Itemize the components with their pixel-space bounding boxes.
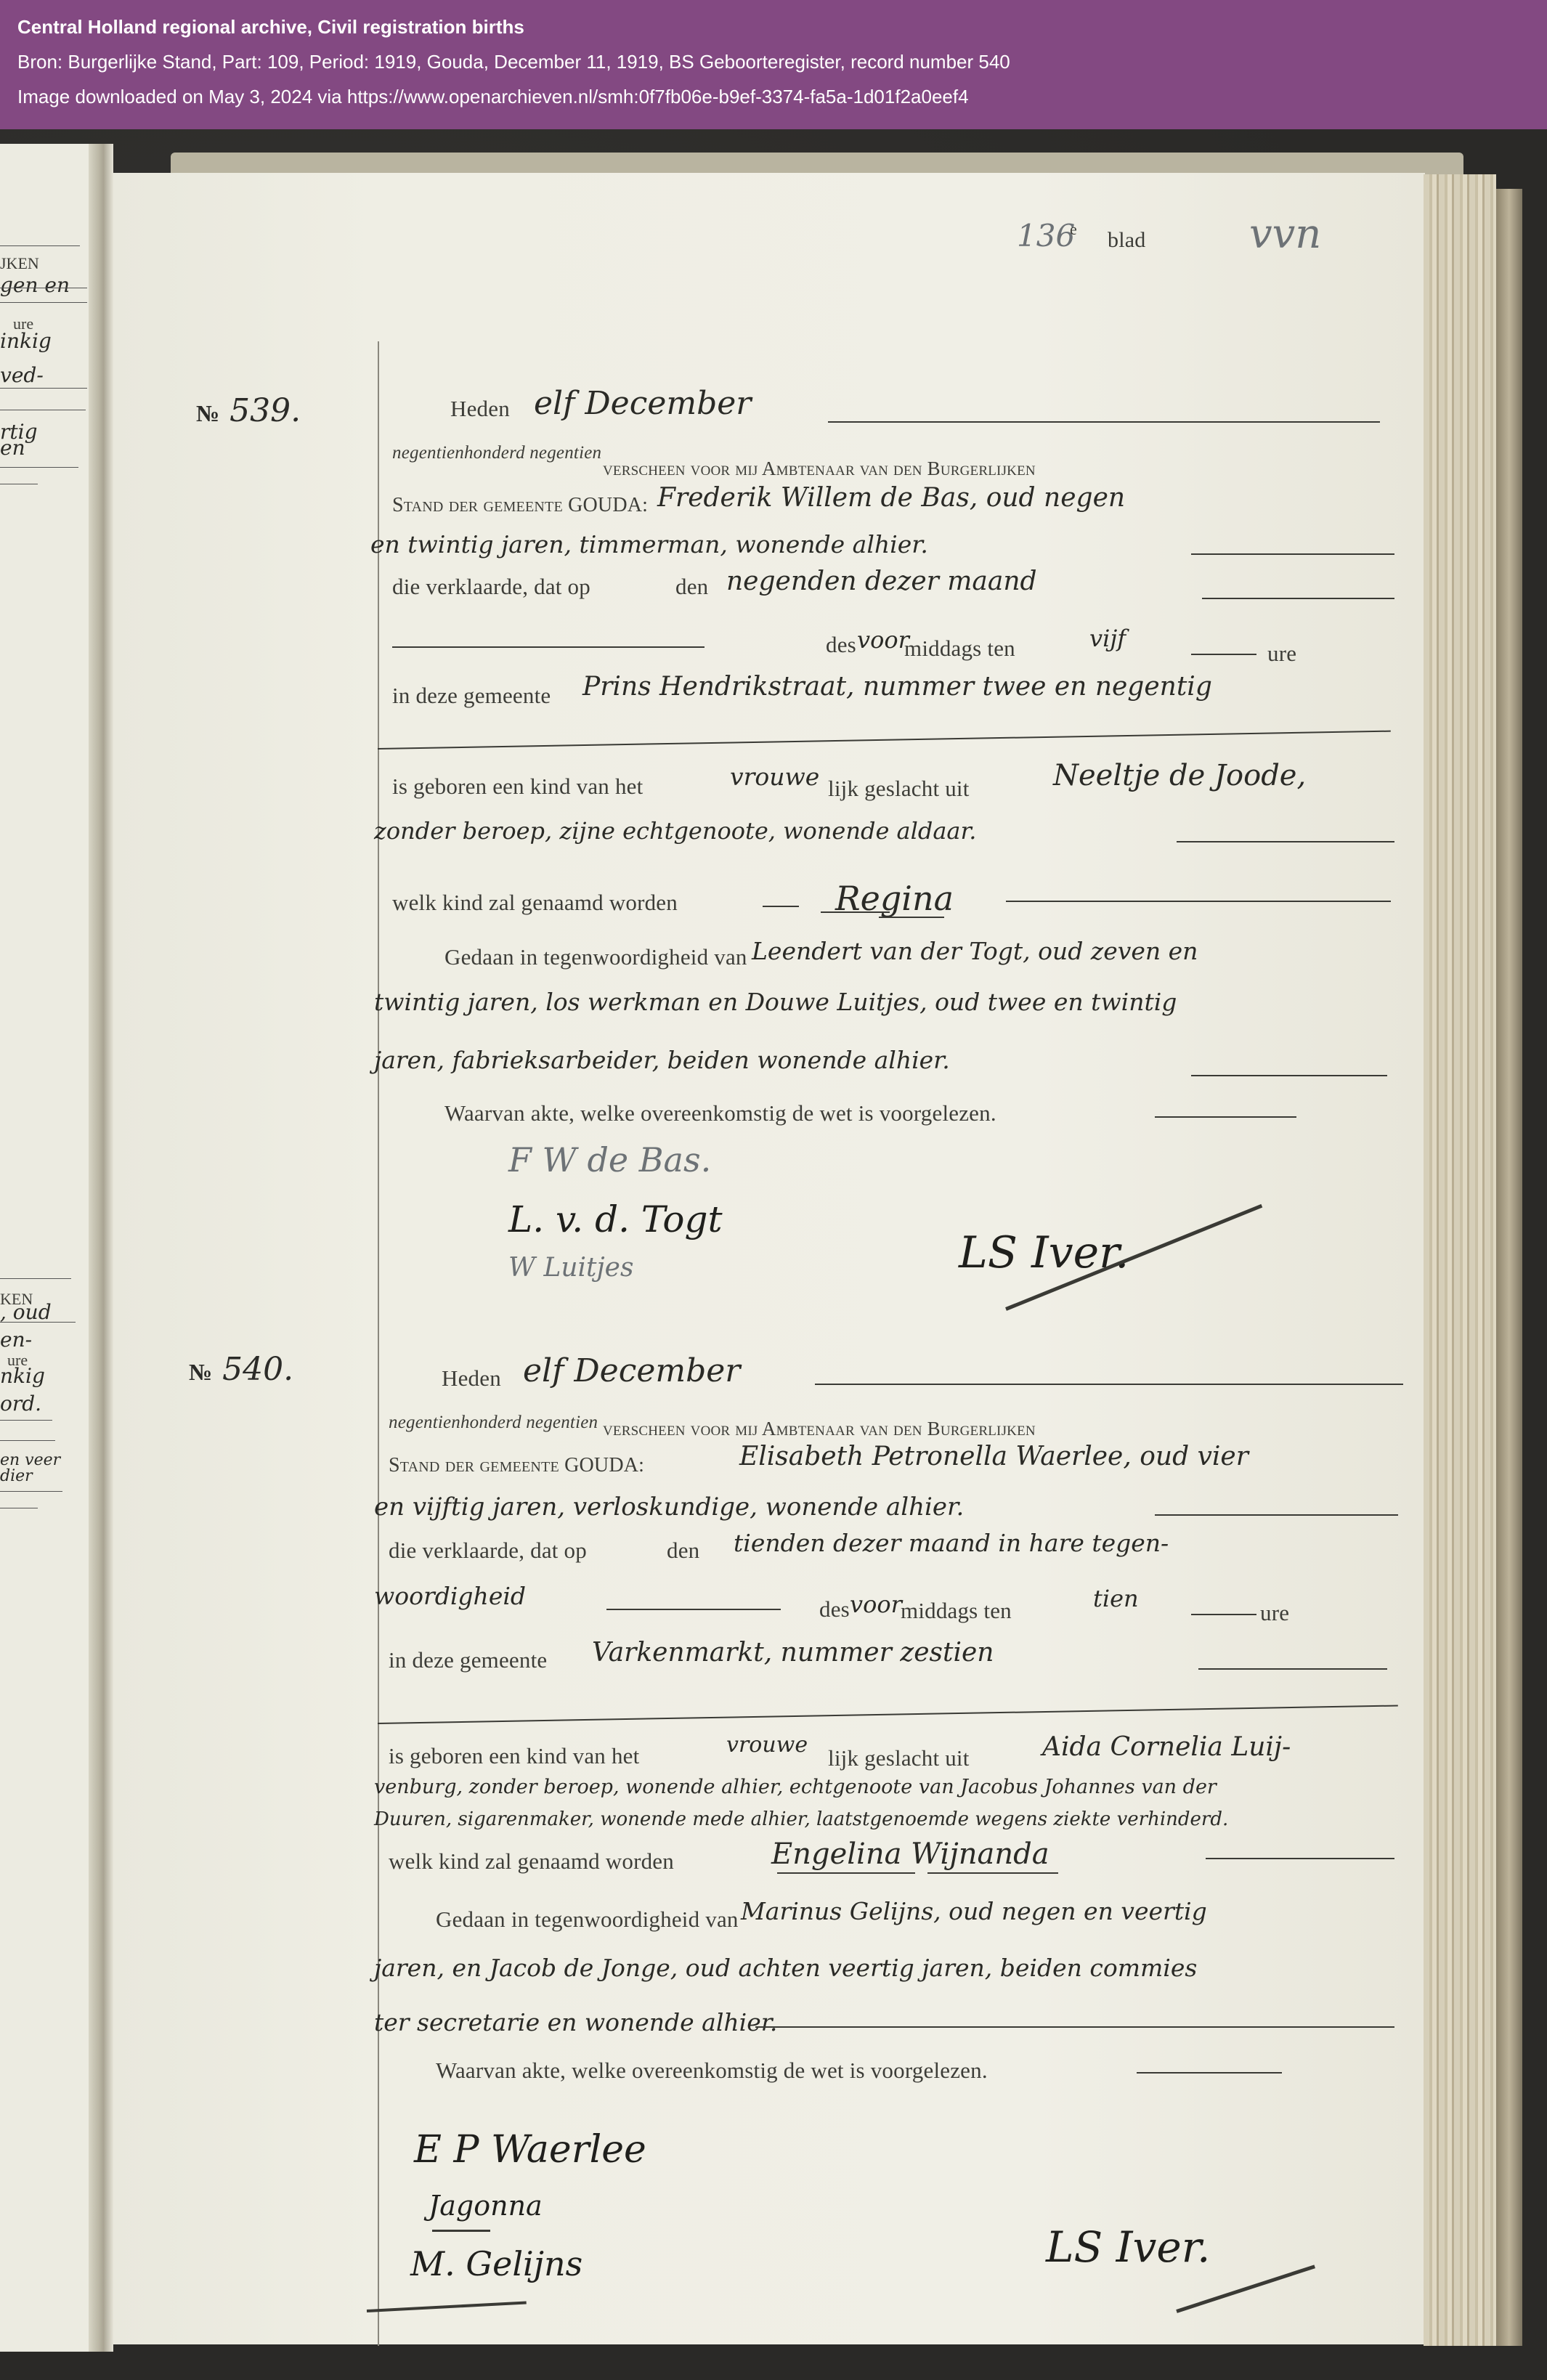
archive-title: Central Holland regional archive, Civil … xyxy=(17,16,524,38)
den-text: den xyxy=(675,574,708,600)
folio-suffix: e xyxy=(1070,220,1077,239)
year-line: negentienhonderd negentien xyxy=(392,443,601,463)
declarant-continued: en twintig jaren, timmerman, wonende alh… xyxy=(370,530,928,559)
folio-label: blad xyxy=(1108,228,1145,253)
witnesses: Leendert van der Togt, oud zeven en xyxy=(752,937,1198,965)
mother-details: venburg, zonder beroep, wonende alhier, … xyxy=(374,1776,1217,1798)
verscheen-text: verscheen voor mij Ambtenaar van den Bur… xyxy=(603,1418,1036,1440)
heden-label: Heden xyxy=(450,396,510,422)
time-of-day: voor xyxy=(850,1591,902,1618)
witnesses-residence: jaren, fabrieksarbeider, beiden wonende … xyxy=(374,1046,950,1074)
book-cover-edge xyxy=(1496,189,1522,2346)
ure-text: ure xyxy=(1260,1600,1289,1626)
left-fragment: nkig xyxy=(0,1364,45,1388)
record-number-prefix: № xyxy=(189,1359,212,1385)
folio-number: 136 xyxy=(1017,218,1075,253)
left-fragment: ved- xyxy=(0,363,44,387)
declarant-continued: en vijftig jaren, verloskundige, wonende… xyxy=(374,1492,964,1522)
witnesses-continued: twintig jaren, los werkman en Douwe Luit… xyxy=(374,988,1177,1016)
birth-date-continued: woordigheid xyxy=(374,1582,526,1610)
lijk-geslacht-text: lijk geslacht uit xyxy=(828,1745,970,1771)
gedaan-text: Gedaan in tegenwoordigheid van xyxy=(436,1906,739,1933)
verscheen-text: verscheen voor mij Ambtenaar van den Bur… xyxy=(603,458,1036,480)
left-fragment: dier xyxy=(0,1467,33,1485)
signature-witness-2: M. Gelijns xyxy=(410,2244,582,2283)
father-details: Duuren, sigarenmaker, wonende mede alhie… xyxy=(374,1808,1228,1830)
declarant: Frederik Willem de Bas, oud negen xyxy=(657,483,1125,513)
die-verklaarde-text: die verklaarde, dat op xyxy=(392,574,590,600)
record-number-prefix: № xyxy=(196,400,219,426)
registration-date: elf December xyxy=(534,385,751,422)
left-fragment: en- xyxy=(0,1328,32,1352)
birth-hour: tien xyxy=(1093,1585,1139,1612)
geboren-text: is geboren een kind van het xyxy=(389,1743,639,1769)
signature-declarant: F W de Bas. xyxy=(508,1140,711,1179)
download-line: Image downloaded on May 3, 2024 via http… xyxy=(17,86,969,108)
welk-kind-text: welk kind zal genaamd worden xyxy=(389,1848,674,1875)
die-verklaarde-text: die verklaarde, dat op xyxy=(389,1538,587,1564)
birth-address: Varkenmarkt, nummer zestien xyxy=(592,1638,994,1668)
birth-date: negenden dezer maand xyxy=(726,566,1037,596)
declarant: Elisabeth Petronella Waerlee, oud vier xyxy=(739,1442,1248,1471)
witnesses-continued: jaren, en Jacob de Jonge, oud achten vee… xyxy=(374,1954,1197,1982)
left-fragment: ord. xyxy=(0,1392,41,1416)
page-edges xyxy=(1424,174,1496,2346)
left-fragment: JKEN xyxy=(0,254,39,273)
child-sex: vrouwe xyxy=(730,763,819,791)
in-deze-gemeente-text: in deze gemeente xyxy=(392,683,551,709)
in-deze-gemeente-text: in deze gemeente xyxy=(389,1647,547,1673)
left-page-stub: JKEN gen en ure inkig ved- rtig en KEN ,… xyxy=(0,144,93,2352)
welk-kind-text: welk kind zal genaamd worden xyxy=(392,890,678,916)
birth-address: Prins Hendrikstraat, nummer twee en nege… xyxy=(582,672,1212,702)
birth-date: tienden dezer maand in hare tegen- xyxy=(734,1529,1169,1557)
middags-text: middags ten xyxy=(901,1598,1012,1624)
lijk-geslacht-text: lijk geslacht uit xyxy=(828,776,970,802)
book-gutter xyxy=(89,144,113,2352)
geboren-text: is geboren een kind van het xyxy=(392,773,643,800)
waarvan-text: Waarvan akte, welke overeenkomstig de we… xyxy=(444,1100,996,1126)
margin-rule xyxy=(378,341,379,2346)
mother-details: zonder beroep, zijne echtgenoote, wonend… xyxy=(374,817,976,845)
mother-name: Neeltje de Joode, xyxy=(1053,759,1306,792)
witnesses: Marinus Gelijns, oud negen en veertig xyxy=(741,1897,1207,1925)
witnesses-residence: ter secretarie en wonende alhier. xyxy=(374,2008,777,2036)
signature-witness-2: W Luitjes xyxy=(508,1253,633,1283)
left-fragment: inkig xyxy=(0,329,52,353)
record-number: 540. xyxy=(222,1351,293,1388)
stand-text: Stand der gemeente GOUDA: xyxy=(392,494,648,517)
official-signature: LS Iver. xyxy=(1046,2222,1210,2272)
des-text: des xyxy=(819,1596,850,1622)
archive-header: Central Holland regional archive, Civil … xyxy=(0,0,1547,129)
signature-witness-1: Jagonna xyxy=(429,2190,543,2222)
source-line: Bron: Burgerlijke Stand, Part: 109, Peri… xyxy=(17,51,1010,73)
year-line: negentienhonderd negentien xyxy=(389,1413,598,1433)
signature-declarant: E P Waerlee xyxy=(414,2128,646,2172)
stand-text: Stand der gemeente GOUDA: xyxy=(389,1454,644,1477)
ure-text: ure xyxy=(1267,641,1296,667)
record-number: 539. xyxy=(230,392,301,429)
time-of-day: voor xyxy=(857,626,909,654)
left-fragment: en xyxy=(0,436,25,460)
birth-hour: vijf xyxy=(1089,625,1126,652)
registration-date: elf December xyxy=(523,1352,740,1389)
den-text: den xyxy=(667,1538,699,1564)
des-text: des xyxy=(826,632,856,658)
gedaan-text: Gedaan in tegenwoordigheid van xyxy=(444,944,747,970)
heden-label: Heden xyxy=(442,1365,501,1392)
mother-name: Aida Cornelia Luij- xyxy=(1042,1732,1291,1762)
waarvan-text: Waarvan akte, welke overeenkomstig de we… xyxy=(436,2058,988,2084)
child-name: Engelina Wijnanda xyxy=(771,1837,1049,1871)
left-fragment: gen en xyxy=(0,273,70,297)
middags-text: middags ten xyxy=(904,635,1015,662)
child-sex: vrouwe xyxy=(726,1732,808,1758)
initials-mark: vvn xyxy=(1249,211,1321,258)
signature-witness-1: L. v. d. Togt xyxy=(508,1198,723,1240)
left-fragment: , oud xyxy=(0,1300,52,1324)
